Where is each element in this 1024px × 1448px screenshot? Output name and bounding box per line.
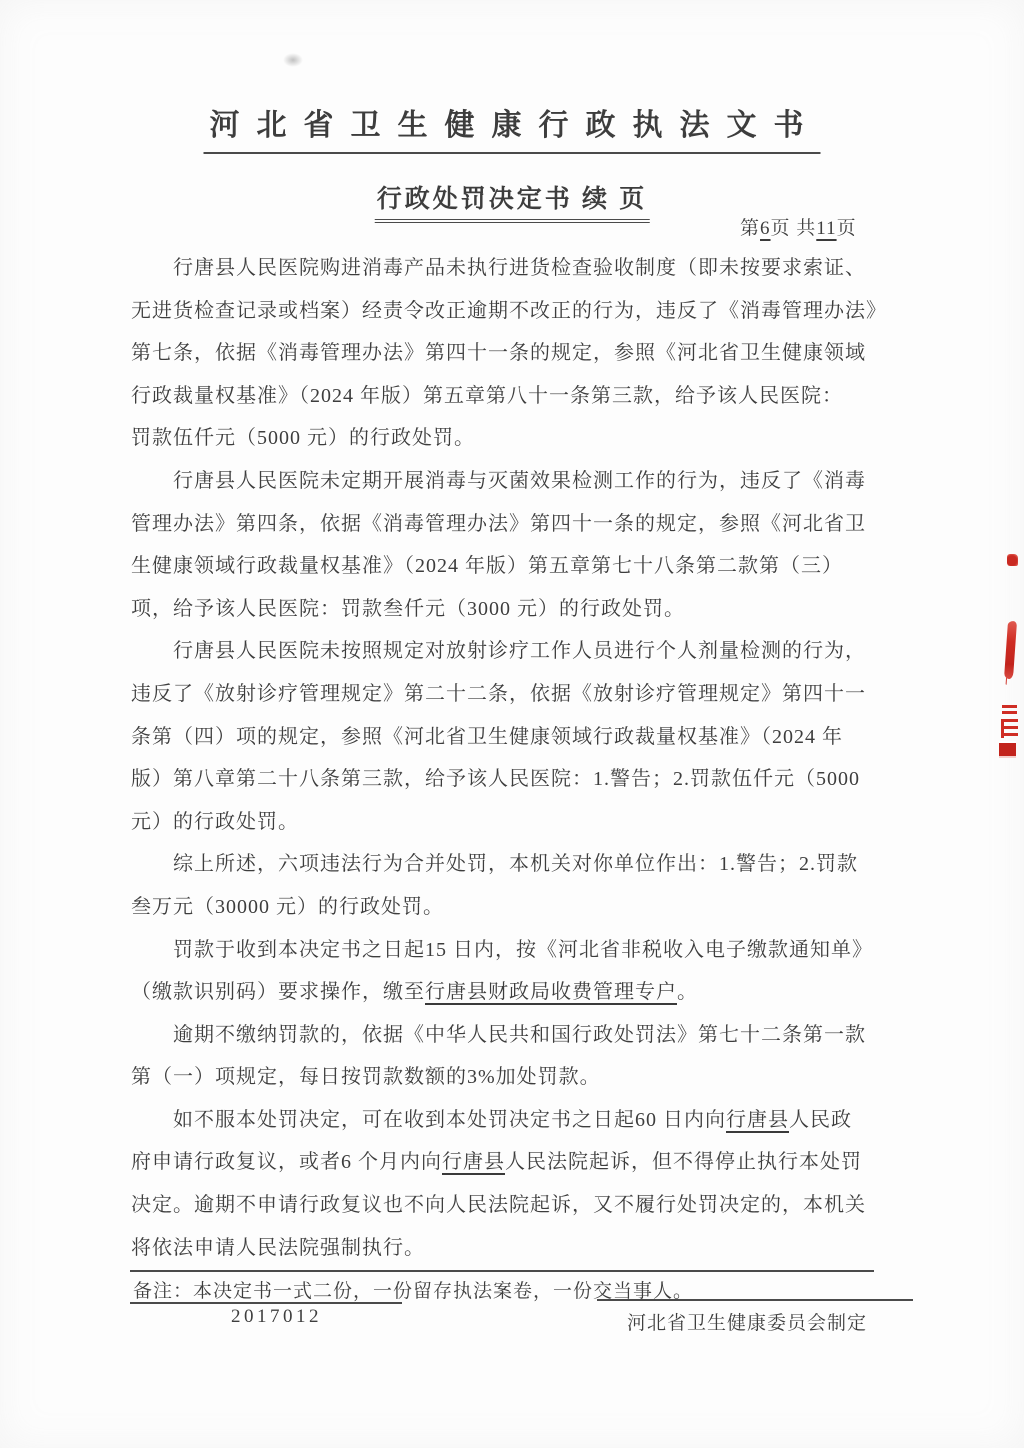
page-indicator-suffix: 页 xyxy=(837,218,857,239)
scan-smudge xyxy=(283,53,303,67)
text-segment: 叁万元（30000 元）的行政处罚。 xyxy=(131,896,444,918)
text-segment: 版）第八章第二十八条第三款，给予该人民医院：1.警告；2.罚款伍仟元（5000 xyxy=(131,768,860,790)
document-header-title: 河北省卫生健康行政执法文书 xyxy=(204,100,821,154)
page-indicator-middle: 页 共 xyxy=(771,218,817,239)
page-indicator-prefix: 第 xyxy=(740,218,760,239)
body-line: 叁万元（30000 元）的行政处罚。 xyxy=(131,886,911,929)
body-line: 逾期不缴纳罚款的，依据《中华人民共和国行政处罚法》第七十二条第一款 xyxy=(131,1014,911,1057)
body-line: 版）第八章第二十八条第三款，给予该人民医院：1.警告；2.罚款伍仟元（5000 xyxy=(131,758,911,801)
body-line: 元）的行政处罚。 xyxy=(131,801,911,844)
text-segment: 。 xyxy=(677,981,698,1003)
body-line: 违反了《放射诊疗管理规定》第二十二条，依据《放射诊疗管理规定》第四十一 xyxy=(131,673,911,716)
body-line: 条第（四）项的规定，参照《河北省卫生健康领域行政裁量权基准》（2024 年 xyxy=(131,716,911,759)
body-line: 生健康领域行政裁量权基准》（2024 年版）第五章第七十八条第二款第（三） xyxy=(131,545,911,588)
text-segment: 条第（四）项的规定，参照《河北省卫生健康领域行政裁量权基准》（2024 年 xyxy=(131,726,843,748)
body-line: 行唐县人民医院购进消毒产品未执行进货检查验收制度（即未按要求索证、 xyxy=(131,247,911,290)
page-number-current: 6 xyxy=(760,218,771,239)
text-segment: 行唐县人民医院未定期开展消毒与灭菌效果检测工作的行为，违反了《消毒 xyxy=(173,470,866,492)
text-segment: 人民法院起诉，但不得停止执行本处罚 xyxy=(505,1151,862,1173)
text-segment: 管理办法》第四条，依据《消毒管理办法》第四十一条的规定，参照《河北省卫 xyxy=(131,513,866,535)
issuer-label: 河北省卫生健康委员会制定 xyxy=(627,1308,867,1335)
red-seal-fragment xyxy=(1004,621,1017,679)
scanned-document-page: 河北省卫生健康行政执法文书 行政处罚决定书 续 页 第6页 共11页 行唐县人民… xyxy=(0,0,1024,1448)
red-seal-fragment xyxy=(1002,705,1017,717)
body-line: 行唐县人民医院未定期开展消毒与灭菌效果检测工作的行为，违反了《消毒 xyxy=(131,460,911,503)
text-segment: 无进货检查记录或档案）经责令改正逾期不改正的行为，违反了《消毒管理办法》 xyxy=(131,300,887,322)
body-line: 罚款伍仟元（5000 元）的行政处罚。 xyxy=(131,417,911,460)
footer-top-rule xyxy=(130,1270,874,1272)
text-segment: 元）的行政处罚。 xyxy=(131,811,299,833)
body-line: 如不服本处罚决定，可在收到本处罚决定书之日起60 日内向行唐县人民政 xyxy=(131,1099,911,1142)
underlined-text: 行唐县 xyxy=(726,1109,789,1131)
body-line: 将依法申请人民法院强制执行。 xyxy=(131,1227,911,1270)
text-segment: 行唐县人民医院未按照规定对放射诊疗工作人员进行个人剂量检测的行为， xyxy=(173,640,866,662)
document-body: 行唐县人民医院购进消毒产品未执行进货检查验收制度（即未按要求索证、无进货检查记录… xyxy=(131,247,911,1269)
red-seal-fragment xyxy=(1007,554,1018,566)
text-segment: 项，给予该人民医院：罚款叁仟元（3000 元）的行政处罚。 xyxy=(131,598,685,620)
text-segment: 生健康领域行政裁量权基准》（2024 年版）第五章第七十八条第二款第（三） xyxy=(131,555,843,577)
text-segment: 决定。逾期不申请行政复议也不向人民法院起诉，又不履行处罚决定的，本机关 xyxy=(131,1194,866,1216)
document-subtitle: 行政处罚决定书 续 页 xyxy=(375,179,650,223)
body-line: 行唐县人民医院未按照规定对放射诊疗工作人员进行个人剂量检测的行为， xyxy=(131,630,911,673)
body-line: 罚款于收到本决定书之日起15 日内，按《河北省非税收入电子缴款通知单》 xyxy=(131,929,911,972)
text-segment: 行唐县人民医院购进消毒产品未执行进货检查验收制度（即未按要求索证、 xyxy=(173,257,866,279)
text-segment: 行政裁量权基准》（2024 年版）第五章第八十一条第三款，给予该人民医院： xyxy=(131,385,843,407)
text-segment: 府申请行政复议，或者6 个月内向 xyxy=(131,1151,442,1173)
body-line: 决定。逾期不申请行政复议也不向人民法院起诉，又不履行处罚决定的，本机关 xyxy=(131,1184,911,1227)
body-line: （缴款识别码）要求操作，缴至行唐县财政局收费管理专户。 xyxy=(131,971,911,1014)
text-segment: 如不服本处罚决定，可在收到本处罚决定书之日起60 日内向 xyxy=(173,1109,726,1131)
body-line: 第（一）项规定，每日按罚款数额的3%加处罚款。 xyxy=(131,1056,911,1099)
red-seal-fragment xyxy=(999,741,1016,758)
body-line: 管理办法》第四条，依据《消毒管理办法》第四十一条的规定，参照《河北省卫 xyxy=(131,503,911,546)
text-segment: 违反了《放射诊疗管理规定》第二十二条，依据《放射诊疗管理规定》第四十一 xyxy=(131,683,866,705)
text-segment: （缴款识别码）要求操作，缴至 xyxy=(131,981,425,1003)
text-segment: 人民政 xyxy=(789,1109,852,1131)
text-segment: 将依法申请人民法院强制执行。 xyxy=(131,1237,425,1259)
text-segment: 综上所述，六项违法行为合并处罚，本机关对你单位作出：1.警告；2.罚款 xyxy=(173,853,858,875)
body-line: 行政裁量权基准》（2024 年版）第五章第八十一条第三款，给予该人民医院： xyxy=(131,375,911,418)
red-seal-fragment xyxy=(1001,719,1018,738)
form-code: 2017012 xyxy=(231,1306,322,1328)
text-segment: 罚款于收到本决定书之日起15 日内，按《河北省非税收入电子缴款通知单》 xyxy=(173,939,873,961)
underlined-text: 行唐县财政局收费管理专户 xyxy=(425,981,677,1003)
text-segment: 第七条，依据《消毒管理办法》第四十一条的规定，参照《河北省卫生健康领域 xyxy=(131,342,866,364)
body-line: 综上所述，六项违法行为合并处罚，本机关对你单位作出：1.警告；2.罚款 xyxy=(131,843,911,886)
body-line: 项，给予该人民医院：罚款叁仟元（3000 元）的行政处罚。 xyxy=(131,588,911,631)
body-line: 府申请行政复议，或者6 个月内向行唐县人民法院起诉，但不得停止执行本处罚 xyxy=(131,1141,911,1184)
footer-bottom-rule-left xyxy=(130,1302,402,1304)
page-indicator: 第6页 共11页 xyxy=(740,213,857,240)
text-segment: 罚款伍仟元（5000 元）的行政处罚。 xyxy=(131,427,475,449)
body-line: 第七条，依据《消毒管理办法》第四十一条的规定，参照《河北省卫生健康领域 xyxy=(131,332,911,375)
underlined-text: 行唐县 xyxy=(442,1151,505,1173)
footer-bottom-rule-right xyxy=(597,1299,913,1301)
page-number-total: 11 xyxy=(816,218,836,239)
body-line: 无进货检查记录或档案）经责令改正逾期不改正的行为，违反了《消毒管理办法》 xyxy=(131,290,911,333)
text-segment: 第（一）项规定，每日按罚款数额的3%加处罚款。 xyxy=(131,1066,601,1088)
text-segment: 逾期不缴纳罚款的，依据《中华人民共和国行政处罚法》第七十二条第一款 xyxy=(173,1024,866,1046)
